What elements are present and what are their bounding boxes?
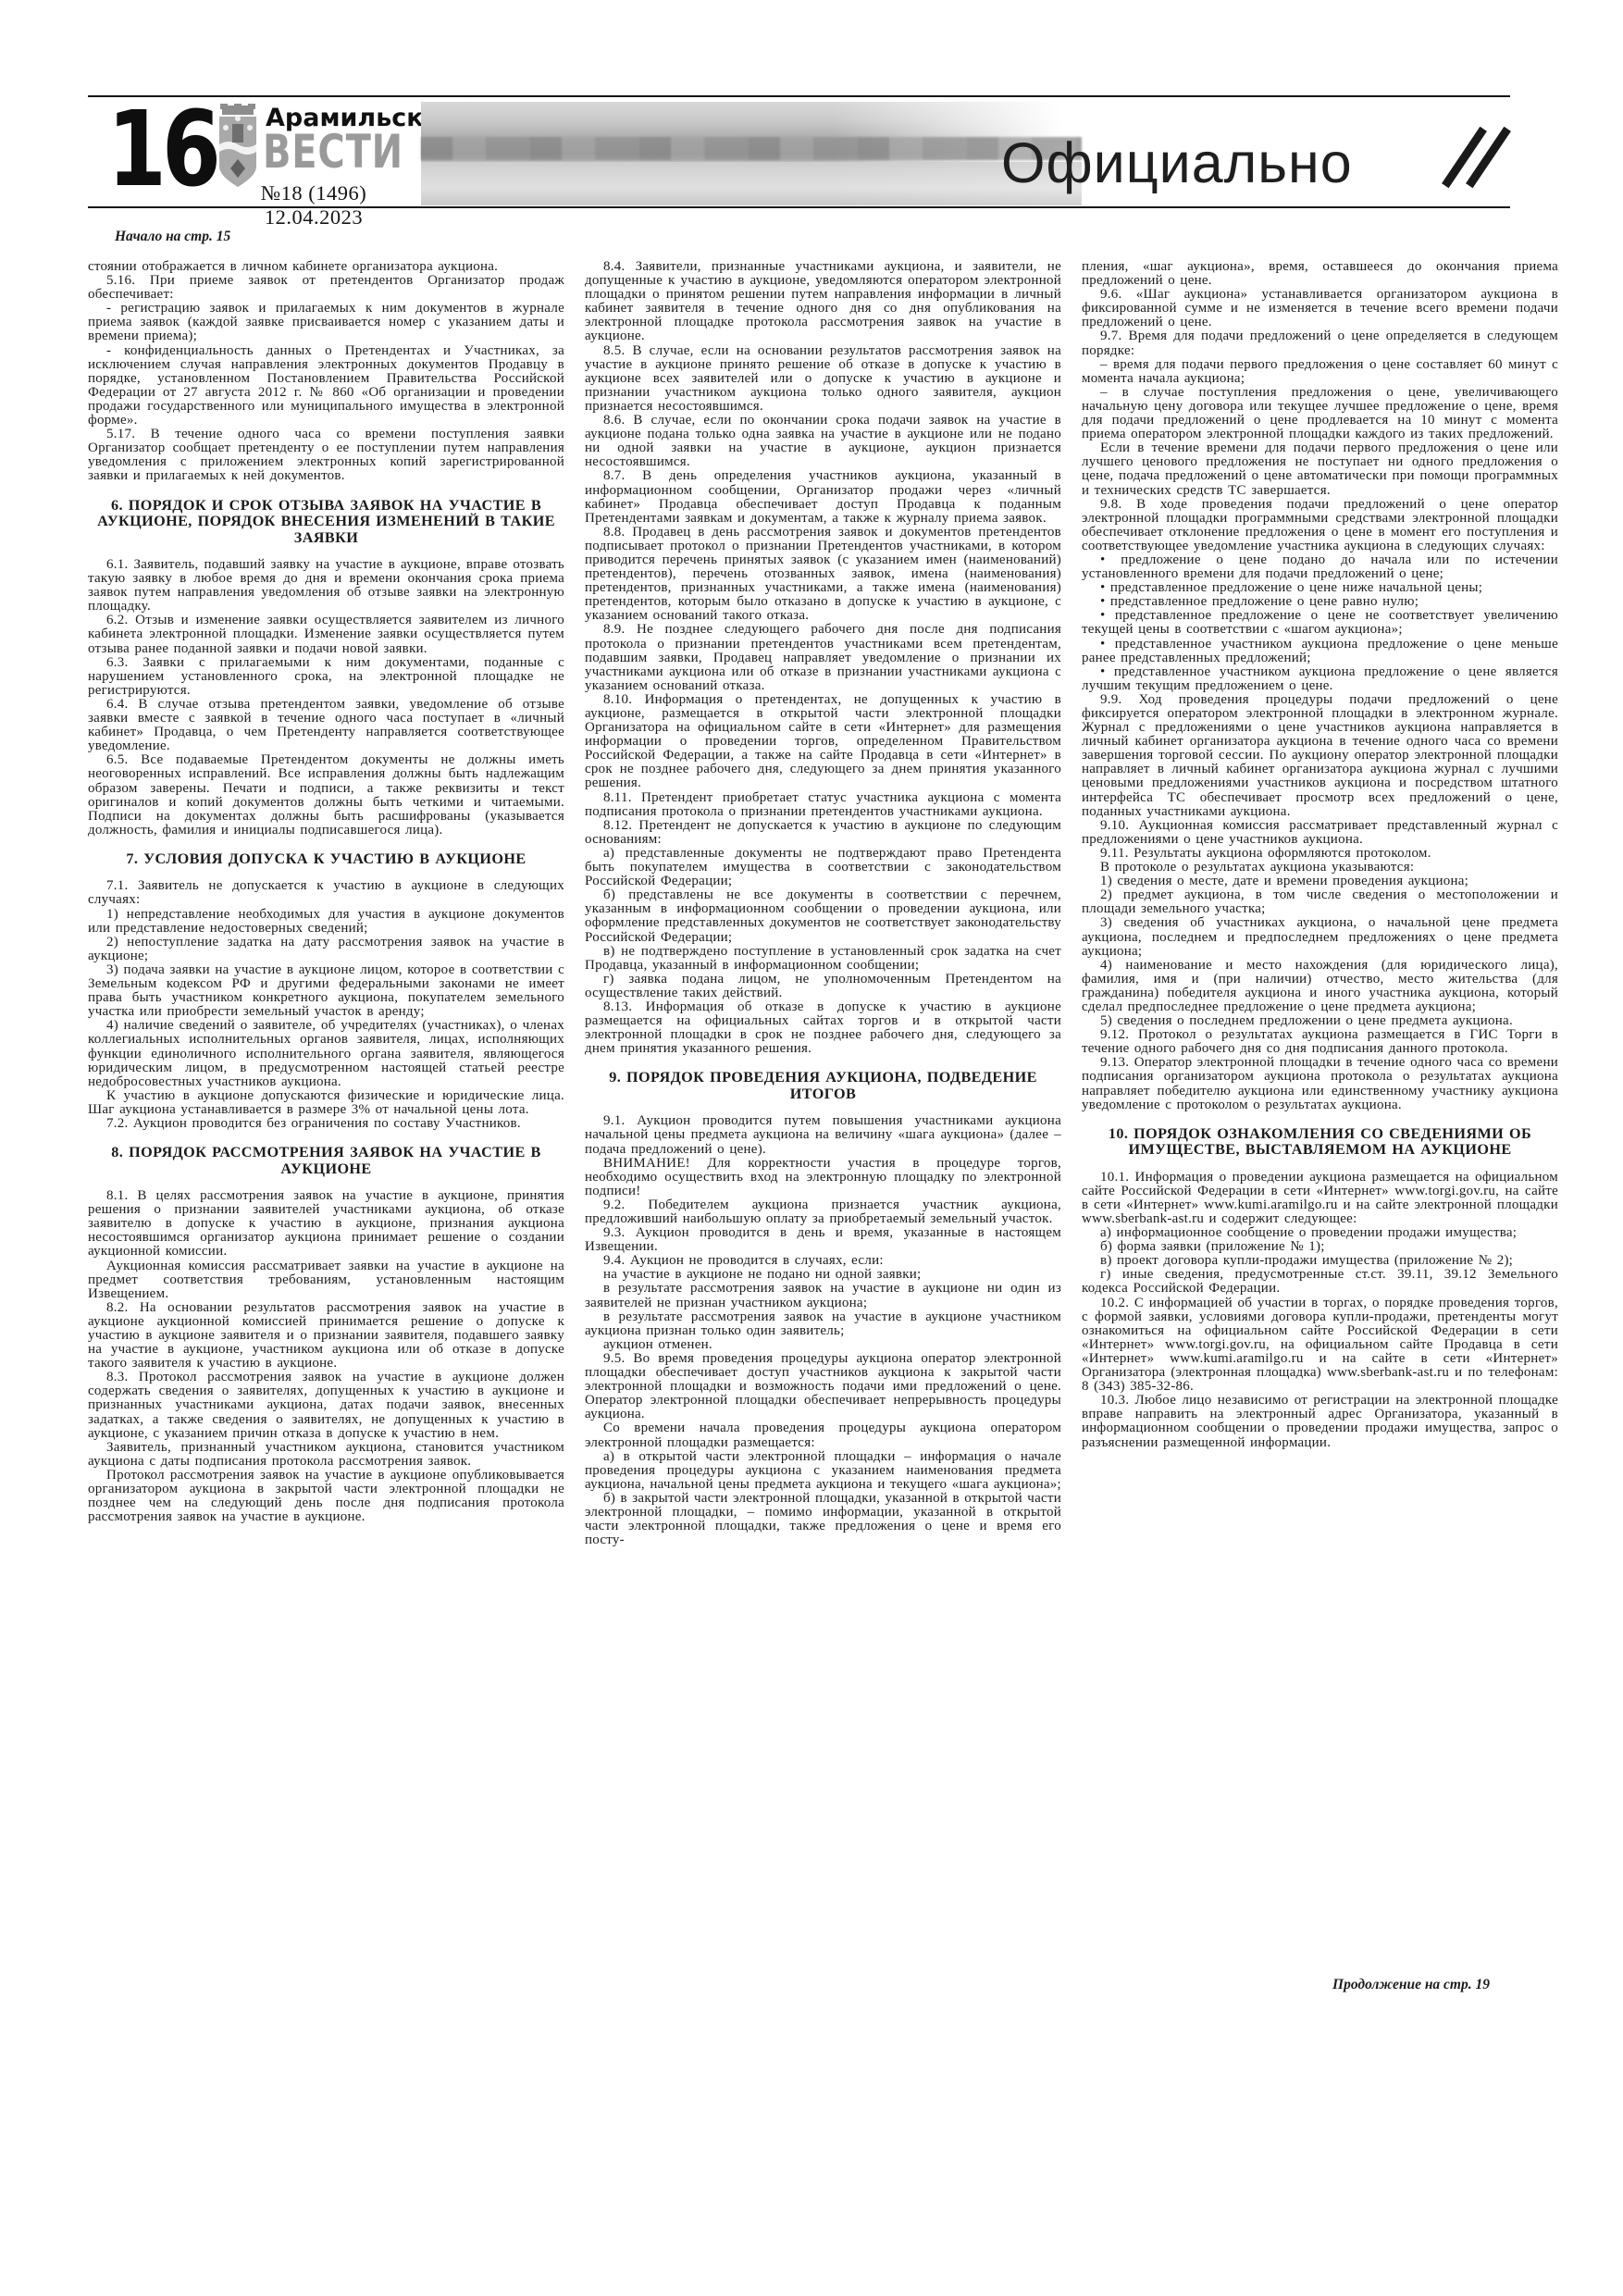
paragraph: - конфиденциальность данных о Претендент… bbox=[88, 344, 564, 428]
paragraph: 8.10. Информация о претендентах, не допу… bbox=[585, 693, 1061, 791]
paragraph: • представленное предложение о цене не с… bbox=[1082, 609, 1558, 637]
paragraph: 9.5. Во время проведения процедуры аукци… bbox=[585, 1352, 1061, 1421]
paragraph: а) в открытой части электронной площадки… bbox=[585, 1450, 1061, 1492]
paragraph: • предложение о цене подано до начала ил… bbox=[1082, 553, 1558, 581]
paragraph: а) информационное сообщение о проведении… bbox=[1082, 1226, 1558, 1240]
paragraph: • представленное предложение о цене ниже… bbox=[1082, 581, 1558, 595]
paragraph: 5.17. В течение одного часа со времени п… bbox=[88, 428, 564, 483]
paragraph: • представленное участником аукциона пре… bbox=[1082, 665, 1558, 693]
double-slash-icon bbox=[1436, 123, 1516, 190]
paragraph: 8.12. Претендент не допускается к участи… bbox=[585, 819, 1061, 847]
paragraph: 9.13. Оператор электронной площадки в те… bbox=[1082, 1056, 1558, 1111]
paragraph: 2) предмет аукциона, в том числе сведени… bbox=[1082, 888, 1558, 916]
paragraph: 4) наименование и место нахождения (для … bbox=[1082, 959, 1558, 1014]
paragraph: 9.6. «Шаг аукциона» устанавливается орга… bbox=[1082, 288, 1558, 329]
paragraph: 8.11. Претендент приобретает статус учас… bbox=[585, 791, 1061, 819]
paragraph: б) представлены не все документы в соотв… bbox=[585, 888, 1061, 944]
paragraph: 8.9. Не позднее следующего рабочего дня … bbox=[585, 623, 1061, 692]
paragraph: 4) наличие сведений о заявителе, об учре… bbox=[88, 1019, 564, 1088]
paragraph: 3) подача заявки на участие в аукционе л… bbox=[88, 963, 564, 1019]
paragraph: Со времени начала проведения процедуры а… bbox=[585, 1421, 1061, 1449]
section-heading: 8. ПОРЯДОК РАССМОТРЕНИЯ ЗАЯВОК НА УЧАСТИ… bbox=[88, 1145, 564, 1177]
section-heading: 9. ПОРЯДОК ПРОВЕДЕНИЯ АУКЦИОНА, ПОДВЕДЕН… bbox=[585, 1070, 1061, 1102]
paragraph: 8.5. В случае, если на основании результ… bbox=[585, 344, 1061, 414]
section-heading: 6. ПОРЯДОК И СРОК ОТЗЫВА ЗАЯВОК НА УЧАСТ… bbox=[88, 498, 564, 547]
paragraph: г) иные сведения, предусмотренные ст.ст.… bbox=[1082, 1268, 1558, 1296]
paragraph: 6.5. Все подаваемые Претендентом докумен… bbox=[88, 753, 564, 838]
text-column-1: стоянии отображается в личном кабинете о… bbox=[88, 260, 564, 1547]
section-heading: 10. ПОРЯДОК ОЗНАКОМЛЕНИЯ СО СВЕДЕНИЯМИ О… bbox=[1082, 1126, 1558, 1159]
paragraph: 9.2. Победителем аукциона признается уча… bbox=[585, 1198, 1061, 1226]
paragraph: 9.11. Результаты аукциона оформляются пр… bbox=[1082, 847, 1558, 861]
paragraph: 9.3. Аукцион проводится в день и время, … bbox=[585, 1226, 1061, 1254]
paragraph: 6.2. Отзыв и изменение заявки осуществля… bbox=[88, 614, 564, 655]
paragraph: 6.1. Заявитель, подавший заявку на участ… bbox=[88, 558, 564, 614]
paragraph: 8.7. В день определения участников аукци… bbox=[585, 469, 1061, 525]
photo-river bbox=[421, 162, 1082, 205]
paragraph: 8.8. Продавец в день рассмотрения заявок… bbox=[585, 526, 1061, 624]
paragraph: 5.16. При приеме заявок от претендентов … bbox=[88, 274, 564, 302]
paragraph: 5) сведения о последнем предложении о це… bbox=[1082, 1014, 1558, 1028]
paragraph: 8.13. Информация об отказе в допуске к у… bbox=[585, 1000, 1061, 1056]
paragraph: 1) непредставление необходимых для участ… bbox=[88, 908, 564, 936]
paragraph: пления, «шаг аукциона», время, оставшеес… bbox=[1082, 260, 1558, 288]
photo-treeline bbox=[421, 137, 1082, 160]
paragraph: 8.3. Протокол рассмотрения заявок на уча… bbox=[88, 1371, 564, 1440]
paragraph: 7.2. Аукцион проводится без ограничения … bbox=[88, 1117, 564, 1131]
paragraph: Аукционная комиссия рассматривает заявки… bbox=[88, 1260, 564, 1301]
paragraph: 10.1. Информация о проведении аукциона р… bbox=[1082, 1171, 1558, 1226]
paragraph: Заявитель, признанный участником аукцион… bbox=[88, 1441, 564, 1469]
paragraph: в) не подтверждено поступление в установ… bbox=[585, 945, 1061, 973]
paragraph: 9.8. В ходе проведения подачи предложени… bbox=[1082, 498, 1558, 553]
section-heading: 7. УСЛОВИЯ ДОПУСКА К УЧАСТИЮ В АУКЦИОНЕ bbox=[88, 851, 564, 868]
header-top-rule bbox=[88, 95, 1510, 97]
text-column-2: 8.4. Заявители, признанные участниками а… bbox=[585, 260, 1061, 1547]
paragraph: в) проект договора купли-продажи имущест… bbox=[1082, 1254, 1558, 1268]
paragraph: а) представленные документы не подтвержд… bbox=[585, 847, 1061, 888]
paragraph: • представленное участником аукциона пре… bbox=[1082, 638, 1558, 665]
paragraph: 10.2. С информацией об участии в торгах,… bbox=[1082, 1297, 1558, 1395]
paragraph: в результате рассмотрения заявок на учас… bbox=[585, 1282, 1061, 1309]
continues-on-note: Продолжение на стр. 19 bbox=[1055, 1977, 1490, 1993]
paragraph: на участие в аукционе не подано ни одной… bbox=[585, 1268, 1061, 1282]
paragraph: 9.1. Аукцион проводится путем повышения … bbox=[585, 1114, 1061, 1156]
paragraph: г) заявка подана лицом, не уполномоченны… bbox=[585, 973, 1061, 1000]
paragraph: 6.4. В случае отзыва претендентом заявки… bbox=[88, 698, 564, 753]
newspaper-title-main: ВЕСТИ bbox=[263, 126, 403, 178]
paragraph: Протокол рассмотрения заявок на участие … bbox=[88, 1469, 564, 1524]
paragraph: ВНИМАНИЕ! Для корректности участия в про… bbox=[585, 1157, 1061, 1198]
paragraph: В протоколе о результатах аукциона указы… bbox=[1082, 861, 1558, 875]
paragraph: Если в течение времени для подачи первог… bbox=[1082, 441, 1558, 497]
paragraph: 8.6. В случае, если по окончании срока п… bbox=[585, 414, 1061, 469]
paragraph: 8.1. В целях рассмотрения заявок на учас… bbox=[88, 1189, 564, 1259]
paragraph: 9.7. Время для подачи предложений о цене… bbox=[1082, 329, 1558, 357]
paragraph: 9.12. Протокол о результатах аукциона ра… bbox=[1082, 1028, 1558, 1056]
paragraph: 8.2. На основании результатов рассмотрен… bbox=[88, 1301, 564, 1371]
masthead-panorama-photo bbox=[421, 102, 1082, 205]
page-number: 16 bbox=[107, 104, 217, 196]
paragraph: 9.10. Аукционная комиссия рассматривает … bbox=[1082, 819, 1558, 847]
article-columns: стоянии отображается в личном кабинете о… bbox=[88, 260, 1559, 1547]
paragraph: 1) сведения о месте, дате и времени пров… bbox=[1082, 875, 1558, 888]
paragraph: б) форма заявки (приложение № 1); bbox=[1082, 1240, 1558, 1254]
paragraph: 3) сведения об участниках аукциона, о на… bbox=[1082, 916, 1558, 958]
paragraph: 6.3. Заявки с прилагаемыми к ним докумен… bbox=[88, 656, 564, 698]
paragraph: 9.4. Аукцион не проводится в случаях, ес… bbox=[585, 1254, 1061, 1268]
issue-date-line: №18 (1496) 12.04.2023 bbox=[218, 181, 409, 230]
paragraph: – в случае поступления предложения о цен… bbox=[1082, 386, 1558, 441]
paragraph: 8.4. Заявители, признанные участниками а… bbox=[585, 260, 1061, 344]
paragraph: 2) непоступление задатка на дату рассмот… bbox=[88, 936, 564, 963]
coat-of-arms-icon bbox=[217, 104, 259, 189]
paragraph: аукцион отменен. bbox=[585, 1338, 1061, 1352]
paragraph: – время для подачи первого предложения о… bbox=[1082, 358, 1558, 386]
paragraph: стоянии отображается в личном кабинете о… bbox=[88, 260, 564, 274]
paragraph: К участию в аукционе допускаются физичес… bbox=[88, 1089, 564, 1117]
paragraph: б) в закрытой части электронной площадки… bbox=[585, 1492, 1061, 1547]
text-column-3: пления, «шаг аукциона», время, оставшеес… bbox=[1082, 260, 1558, 1547]
paragraph: 9.9. Ход проведения процедуры подачи пре… bbox=[1082, 693, 1558, 819]
newspaper-page: 16 Арамильские ВЕСТИ №18 (1496) 12.04.20… bbox=[0, 0, 1623, 2296]
paragraph: 7.1. Заявитель не допускается к участию … bbox=[88, 879, 564, 907]
paragraph: 10.3. Любое лицо независимо от регистрац… bbox=[1082, 1394, 1558, 1449]
paragraph: - регистрацию заявок и прилагаемых к ним… bbox=[88, 302, 564, 343]
paragraph: • представленное предложение о цене равн… bbox=[1082, 595, 1558, 609]
continued-from-note: Начало на стр. 15 bbox=[115, 229, 230, 245]
section-title: Официально bbox=[1001, 133, 1353, 192]
paragraph: в результате рассмотрения заявок на учас… bbox=[585, 1310, 1061, 1338]
